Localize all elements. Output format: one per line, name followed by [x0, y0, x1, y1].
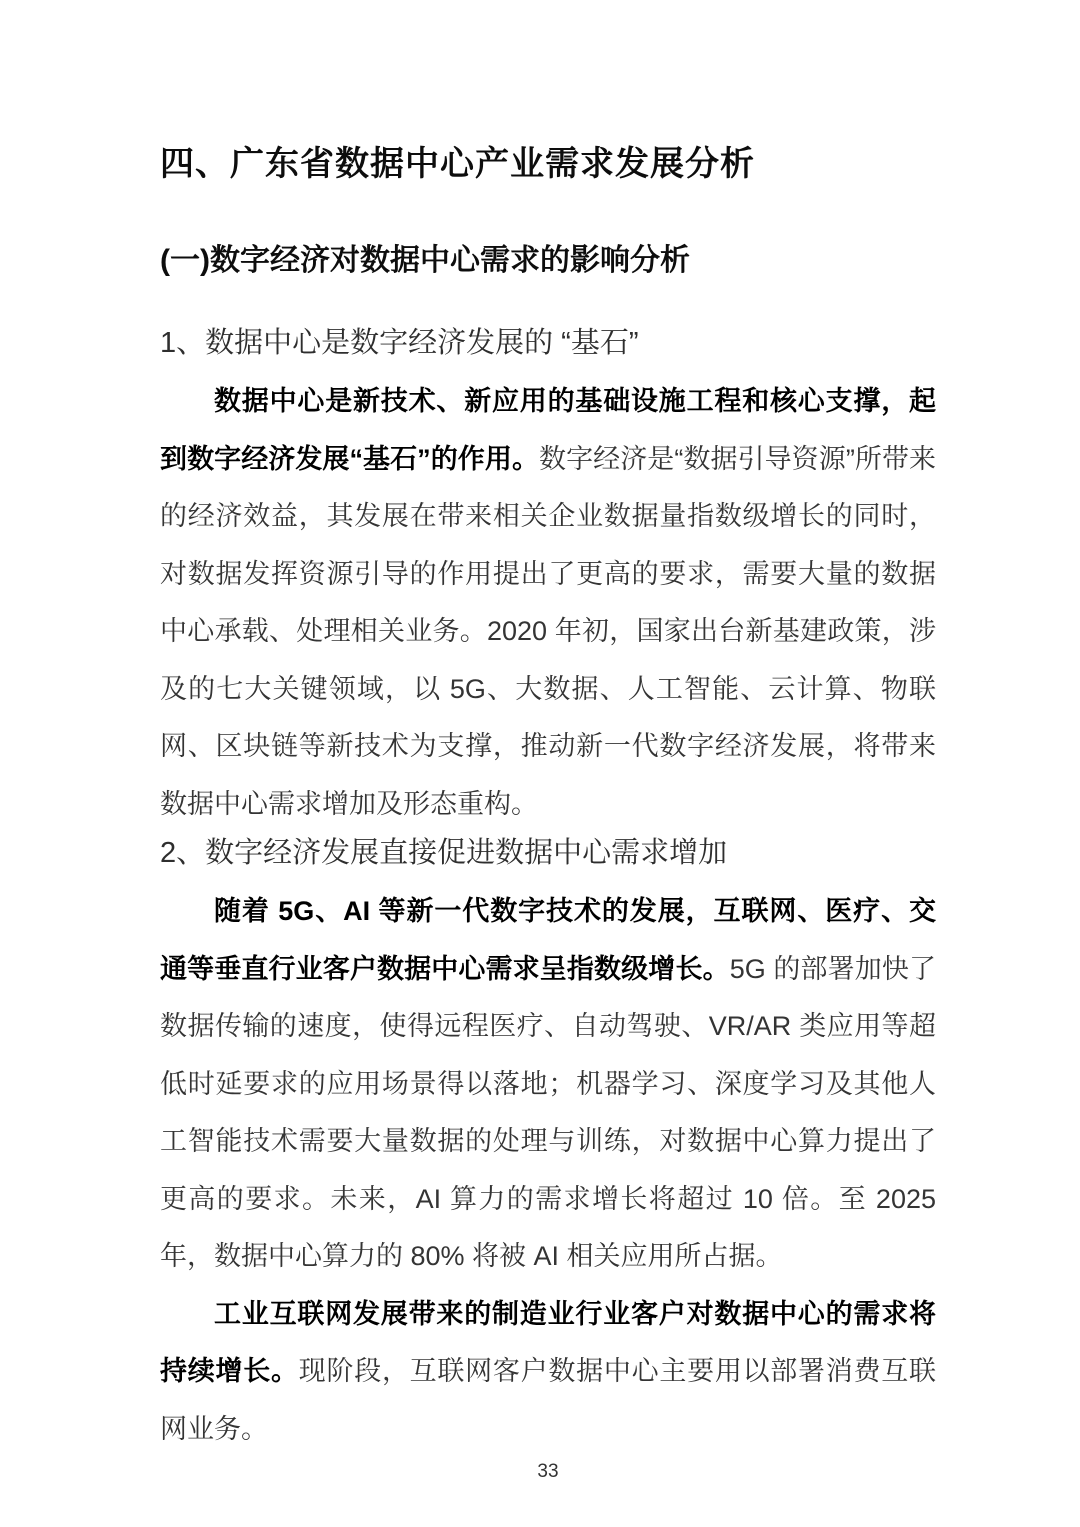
subsection-1-heading: 1、数据中心是数字经济发展的 “基石”: [160, 323, 936, 363]
paragraph-1-text: 数字经济是“数据引导资源”所带来的经济效益，其发展在带来相关企业数据量指数级增长…: [160, 444, 936, 819]
document-page: 四、广东省数据中心产业需求发展分析 (一)数字经济对数据中心需求的影响分析 1、…: [0, 0, 1080, 1527]
paragraph-1: 数据中心是新技术、新应用的基础设施工程和核心支撑，起到数字经济发展“基石”的作用…: [160, 373, 936, 833]
document-title: 四、广东省数据中心产业需求发展分析: [160, 142, 936, 186]
paragraph-2: 随着 5G、AI 等新一代数字技术的发展，互联网、医疗、交通等垂直行业客户数据中…: [160, 883, 936, 1286]
section-heading: (一)数字经济对数据中心需求的影响分析: [160, 241, 936, 281]
page-number: 33: [160, 1460, 936, 1484]
paragraph-3: 工业互联网发展带来的制造业行业客户对数据中心的需求将持续增长。现阶段，互联网客户…: [160, 1286, 936, 1459]
subsection-2-heading: 2、数字经济发展直接促进数据中心需求增加: [160, 833, 936, 873]
paragraph-2-text: 5G 的部署加快了数据传输的速度，使得远程医疗、自动驾驶、VR/AR 类应用等超…: [160, 954, 936, 1272]
